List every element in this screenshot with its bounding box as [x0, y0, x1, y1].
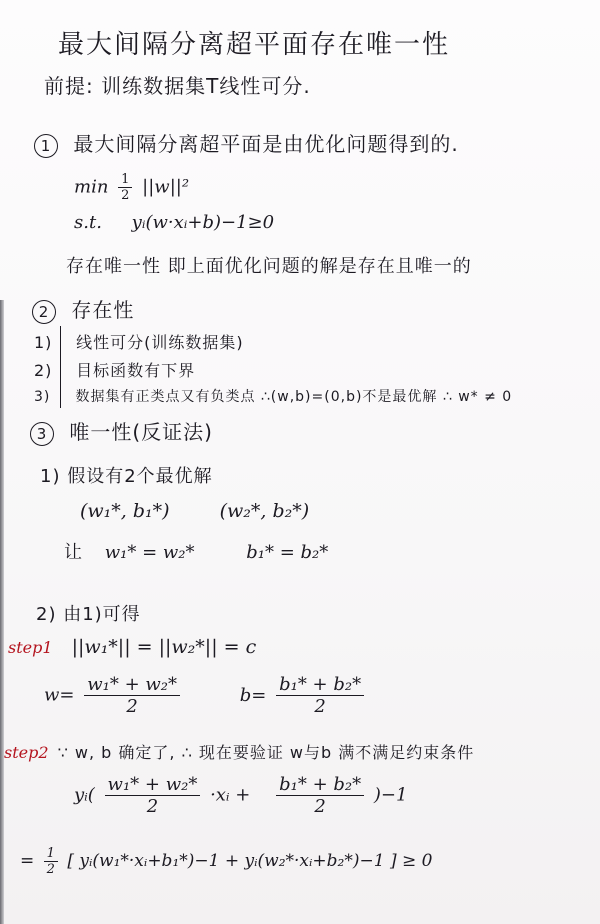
- step2-line: step2 ∵ w, b 确定了, ∴ 现在要验证 w与b 满不满足约束条件: [4, 740, 474, 763]
- objective-line: min 1 2 ||w||²: [74, 172, 189, 203]
- section3-heading: 3 唯一性(反证法): [30, 416, 213, 446]
- final-inequality: = 1 2 [ yᵢ(w₁*·xᵢ+b₁*)−1 + yᵢ(w₂*·xᵢ+b₂*…: [20, 846, 432, 877]
- min-label: min: [74, 177, 108, 198]
- step2-label: step2: [4, 743, 49, 762]
- b-def-lhs: b=: [240, 685, 267, 706]
- page-edge-shadow: [0, 300, 4, 924]
- objective-expr: ||w||²: [142, 177, 189, 198]
- w-def-fraction: w₁* + w₂* 2: [84, 674, 180, 717]
- let-eq-b: b₁* = b₂*: [246, 542, 328, 563]
- step1-line: step1 ||w₁*|| = ||w₂*|| = c: [8, 636, 256, 658]
- let-line: 让 w₁* = w₂* b₁* = b₂*: [64, 538, 328, 564]
- section1-heading: 1 最大间隔分离超平面是由优化问题得到的.: [34, 128, 459, 158]
- premise-label: 前提:: [44, 74, 94, 98]
- final-half-fraction: 1 2: [44, 846, 58, 877]
- expr-fraction-b: b₁* + b₂* 2: [276, 774, 364, 817]
- w-def-lhs: w=: [44, 685, 75, 706]
- section1-heading-text: 最大间隔分离超平面是由优化问题得到的.: [73, 132, 458, 156]
- existence-item-1: 1) 线性可分(训练数据集): [34, 330, 244, 353]
- constraint-check-expr: yᵢ( w₁* + w₂* 2 ·xᵢ + b₁* + b₂* 2 )−1: [74, 774, 407, 817]
- half-fraction: 1 2: [118, 172, 132, 203]
- section2-heading-text: 存在性: [71, 298, 134, 322]
- assume-two-solutions: 1) 假设有2个最优解: [40, 462, 213, 488]
- b-def-fraction: b₁* + b₂* 2: [276, 674, 364, 717]
- existence-explanation: 存在唯一性 即上面优化问题的解是存在且唯一的: [66, 252, 472, 278]
- solution-a: (w₁*, b₁*): [80, 500, 170, 522]
- let-eq-w: w₁* = w₂*: [105, 542, 195, 563]
- w-b-definitions: w= w₁* + w₂* 2 b= b₁* + b₂* 2: [44, 674, 368, 717]
- premise-text: 训练数据集T线性可分.: [101, 74, 311, 98]
- constraint-line: s.t. yᵢ(w·xᵢ+b)−1≥0: [74, 212, 274, 233]
- step1-eq: ||w₁*|| = ||w₂*|| = c: [72, 636, 257, 658]
- section3-heading-text: 唯一性(反证法): [69, 420, 213, 444]
- step2-text: ∵ w, b 确定了, ∴ 现在要验证 w与b 满不满足约束条件: [58, 743, 475, 762]
- notebook-page: 最大间隔分离超平面存在唯一性 前提: 训练数据集T线性可分. 1 最大间隔分离超…: [0, 0, 600, 924]
- section-marker-1: 1: [34, 134, 58, 158]
- expr-fraction-w: w₁* + w₂* 2: [105, 774, 201, 817]
- derive-from-1: 2) 由1)可得: [36, 600, 141, 626]
- page-title: 最大间隔分离超平面存在唯一性: [58, 24, 450, 61]
- solutions-line: (w₁*, b₁*) (w₂*, b₂*): [80, 500, 309, 522]
- solution-b: (w₂*, b₂*): [220, 500, 310, 522]
- st-label: s.t.: [74, 212, 102, 233]
- existence-item-2: 2) 目标函数有下界: [34, 358, 195, 381]
- step1-label: step1: [8, 638, 53, 657]
- let-label: 让: [64, 542, 83, 563]
- constraint-expr: yᵢ(w·xᵢ+b)−1≥0: [132, 212, 274, 233]
- premise: 前提: 训练数据集T线性可分.: [44, 70, 311, 99]
- existence-item-3: 3) 数据集有正类点又有负类点 ∴(w,b)=(0,b)不是最优解 ∴ w* ≠…: [34, 386, 512, 406]
- section-marker-2: 2: [32, 300, 56, 324]
- section2-heading: 2 存在性: [32, 294, 134, 324]
- section-marker-3: 3: [30, 422, 54, 446]
